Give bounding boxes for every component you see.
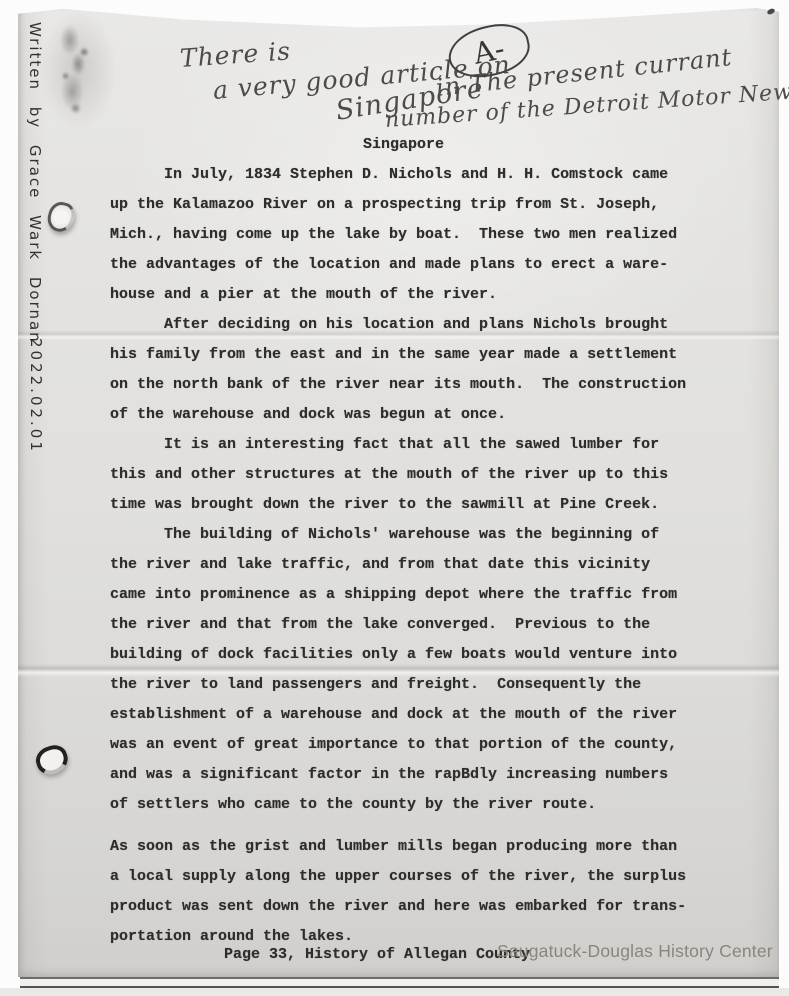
typed-line: the river and that from the lake converg… xyxy=(110,610,686,640)
typed-line: As soon as the grist and lumber mills be… xyxy=(110,832,686,862)
typed-line: It is an interesting fact that all the s… xyxy=(110,430,686,460)
typed-line: the river and lake traffic, and from tha… xyxy=(110,550,686,580)
paragraph: As soon as the grist and lumber mills be… xyxy=(110,832,686,952)
underlying-sheet-edge xyxy=(20,977,779,988)
typed-line: and was a significant factor in the rapB… xyxy=(110,760,686,790)
document-title: Singapore xyxy=(363,130,444,160)
typed-line: on the north bank of the river near its … xyxy=(110,370,686,400)
scanned-document-page: Written by Grace Wark Dornan 2022.02.01 … xyxy=(0,0,789,996)
typed-line: time was brought down the river to the s… xyxy=(110,490,686,520)
typed-line: the advantages of the location and made … xyxy=(110,250,686,280)
paragraph: It is an interesting fact that all the s… xyxy=(110,430,686,520)
page-footer-citation: Page 33, History of Allegan County xyxy=(224,940,530,970)
typed-line: After deciding on his location and plans… xyxy=(110,310,686,340)
watermark: Saugatuck-Douglas History Center xyxy=(497,941,773,962)
typed-line: building of dock facilities only a few b… xyxy=(110,640,686,670)
grade-mark: A- xyxy=(471,34,507,69)
typed-line: Mich., having come up the lake by boat. … xyxy=(110,220,686,250)
typed-line: house and a pier at the mouth of the riv… xyxy=(110,280,686,310)
typed-line: up the Kalamazoo River on a prospecting … xyxy=(110,190,686,220)
typed-line: a local supply along the upper courses o… xyxy=(110,862,686,892)
margin-author-note: Written by Grace Wark Dornan xyxy=(26,22,44,344)
margin-date-note: 2022.02.01 xyxy=(27,338,45,454)
typed-line: The building of Nichols' warehouse was t… xyxy=(110,520,686,550)
typed-line: the river to land passengers and freight… xyxy=(110,670,686,700)
ink-smudge-stain xyxy=(40,10,125,130)
typed-line: In July, 1834 Stephen D. Nichols and H. … xyxy=(110,160,686,190)
paragraph: After deciding on his location and plans… xyxy=(110,310,686,430)
typed-paragraphs: In July, 1834 Stephen D. Nichols and H. … xyxy=(110,160,686,952)
paragraph: The building of Nichols' warehouse was t… xyxy=(110,520,686,820)
typed-line: product was sent down the river and here… xyxy=(110,892,686,922)
typed-line: of settlers who came to the county by th… xyxy=(110,790,686,820)
typed-line: establishment of a warehouse and dock at… xyxy=(110,700,686,730)
paragraph: In July, 1834 Stephen D. Nichols and H. … xyxy=(110,160,686,310)
typed-line: of the warehouse and dock was begun at o… xyxy=(110,400,686,430)
typed-line: came into prominence as a shipping depot… xyxy=(110,580,686,610)
typed-line: this and other structures at the mouth o… xyxy=(110,460,686,490)
scanner-background xyxy=(0,988,789,996)
typed-line: was an event of great importance to that… xyxy=(110,730,686,760)
typed-line: his family from the east and in the same… xyxy=(110,340,686,370)
